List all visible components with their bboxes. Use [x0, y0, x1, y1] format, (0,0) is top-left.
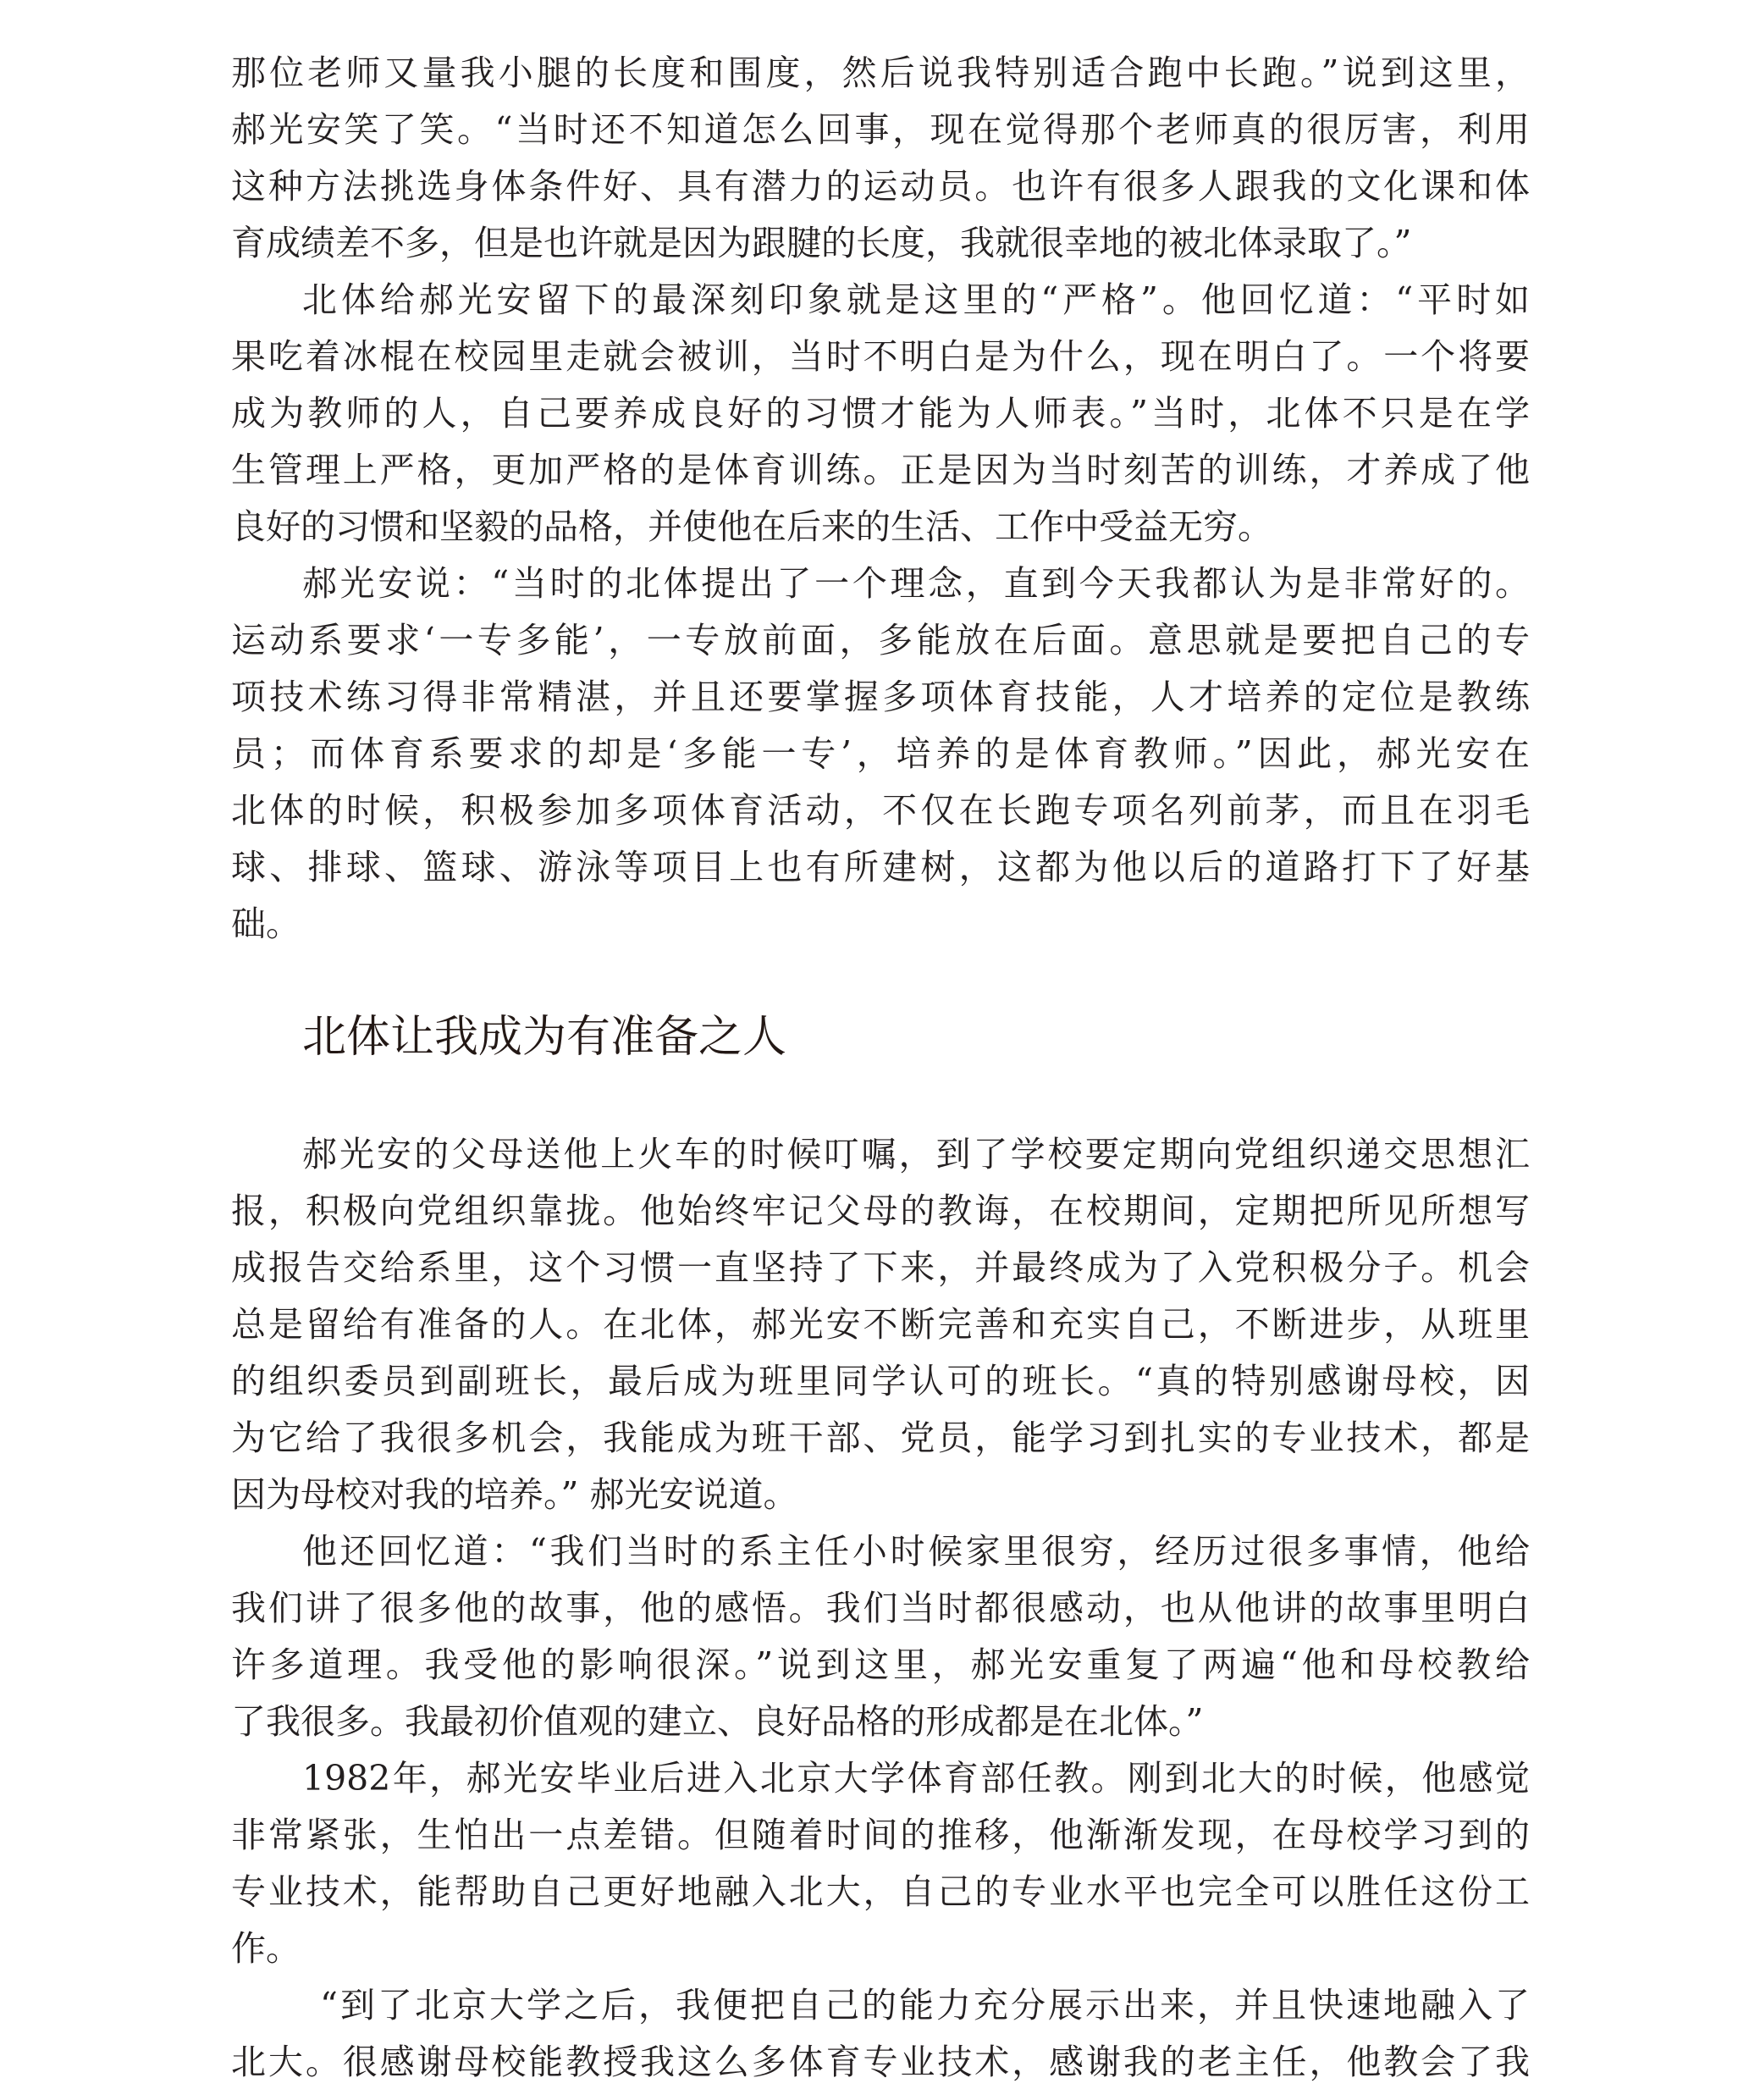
text-line: 果吃着冰棍在校园里走就会被训，当时不明白是为什么，现在明白了。一个将要	[231, 329, 1530, 385]
text-line: 员；而体育系要求的却是‘多能一专’，培养的是体育教师。”因此，郝光安在	[231, 726, 1530, 782]
book-page: 那位老师又量我小腿的长度和围度，然后说我特别适合跑中长跑。”说到这里， 郝光安笑…	[0, 0, 1760, 2100]
text-line: 了我很多。我最初价值观的建立、良好品格的形成都是在北体。”	[231, 1694, 1530, 1750]
text-line: 非常紧张，生怕出一点差错。但随着时间的推移，他渐渐发现，在母校学习到的	[231, 1807, 1530, 1864]
text-line: 我们讲了很多他的故事，他的感悟。我们当时都很感动，也从他讲的故事里明白	[231, 1580, 1530, 1637]
text-line: 成报告交给系里，这个习惯一直坚持了下来，并最终成为了入党积极分子。机会	[231, 1240, 1530, 1296]
paragraph-1: 那位老师又量我小腿的长度和围度，然后说我特别适合跑中长跑。”说到这里， 郝光安笑…	[231, 45, 1530, 272]
section-2-body: 郝光安的父母送他上火车的时候叮嘱，到了学校要定期向党组织递交思想汇 报，积极向党…	[231, 1126, 1530, 2091]
section-1-body: 那位老师又量我小腿的长度和围度，然后说我特别适合跑中长跑。”说到这里， 郝光安笑…	[231, 45, 1530, 953]
text-line: 北体给郝光安留下的最深刻印象就是这里的“严格”。他回忆道：“平时如	[231, 272, 1530, 329]
text-line: 项技术练习得非常精湛，并且还要掌握多项体育技能，人才培养的定位是教练	[231, 669, 1530, 726]
section-heading: 北体让我成为有准备之人	[302, 1009, 786, 1065]
text-line: 础。	[231, 896, 1530, 953]
paragraph-5: 他还回忆道：“我们当时的系主任小时候家里很穷，经历过很多事情，他给 我们讲了很多…	[231, 1523, 1530, 1750]
text-line: 成为教师的人，自己要养成良好的习惯才能为人师表。”当时，北体不只是在学	[231, 385, 1530, 442]
paragraph-2: 北体给郝光安留下的最深刻印象就是这里的“严格”。他回忆道：“平时如 果吃着冰棍在…	[231, 272, 1530, 555]
text-line: 总是留给有准备的人。在北体，郝光安不断完善和充实自己，不断进步，从班里	[231, 1296, 1530, 1353]
text-line: 那位老师又量我小腿的长度和围度，然后说我特别适合跑中长跑。”说到这里，	[231, 45, 1530, 102]
text-line: 郝光安的父母送他上火车的时候叮嘱，到了学校要定期向党组织递交思想汇	[231, 1126, 1530, 1183]
text-line: 他还回忆道：“我们当时的系主任小时候家里很穷，经历过很多事情，他给	[231, 1523, 1530, 1580]
text-line: 报，积极向党组织靠拢。他始终牢记父母的教诲，在校期间，定期把所见所想写	[231, 1183, 1530, 1240]
text-line: 因为母校对我的培养。” 郝光安说道。	[231, 1467, 1530, 1523]
text-line: 1982年，郝光安毕业后进入北京大学体育部任教。刚到北大的时候，他感觉	[231, 1750, 1530, 1807]
text-line: 这种方法挑选身体条件好、具有潜力的运动员。也许有很多人跟我的文化课和体	[231, 158, 1530, 215]
text-line: 北大。很感谢母校能教授我这么多体育专业技术，感谢我的老主任，他教会了我	[231, 2034, 1530, 2091]
text-line: 良好的习惯和坚毅的品格，并使他在后来的生活、工作中受益无穷。	[231, 499, 1530, 555]
text-line: 北体的时候，积极参加多项体育活动，不仅在长跑专项名列前茅，而且在羽毛	[231, 782, 1530, 839]
paragraph-7: “到了北京大学之后，我便把自己的能力充分展示出来，并且快速地融入了 北大。很感谢…	[231, 1977, 1530, 2091]
text-line: 郝光安说：“当时的北体提出了一个理念，直到今天我都认为是非常好的。	[231, 555, 1530, 612]
text-line: 专业技术，能帮助自己更好地融入北大，自己的专业水平也完全可以胜任这份工	[231, 1864, 1530, 1920]
text-line: “到了北京大学之后，我便把自己的能力充分展示出来，并且快速地融入了	[231, 1977, 1530, 2034]
paragraph-6: 1982年，郝光安毕业后进入北京大学体育部任教。刚到北大的时候，他感觉 非常紧张…	[231, 1750, 1530, 1977]
text-line: 育成绩差不多，但是也许就是因为跟腱的长度，我就很幸地的被北体录取了。”	[231, 215, 1530, 272]
text-line: 为它给了我很多机会，我能成为班干部、党员，能学习到扎实的专业技术，都是	[231, 1410, 1530, 1467]
text-line: 运动系要求‘一专多能’，一专放前面，多能放在后面。意思就是要把自己的专	[231, 612, 1530, 669]
text-line: 许多道理。我受他的影响很深。”说到这里，郝光安重复了两遍“他和母校教给	[231, 1637, 1530, 1694]
paragraph-3: 郝光安说：“当时的北体提出了一个理念，直到今天我都认为是非常好的。 运动系要求‘…	[231, 555, 1530, 953]
text-line: 作。	[231, 1920, 1530, 1977]
text-line: 球、排球、篮球、游泳等项目上也有所建树，这都为他以后的道路打下了好基	[231, 839, 1530, 896]
text-line: 生管理上严格，更加严格的是体育训练。正是因为当时刻苦的训练，才养成了他	[231, 442, 1530, 499]
paragraph-4: 郝光安的父母送他上火车的时候叮嘱，到了学校要定期向党组织递交思想汇 报，积极向党…	[231, 1126, 1530, 1523]
text-line: 郝光安笑了笑。“当时还不知道怎么回事，现在觉得那个老师真的很厉害，利用	[231, 102, 1530, 158]
text-line: 的组织委员到副班长，最后成为班里同学认可的班长。“真的特别感谢母校，因	[231, 1353, 1530, 1410]
